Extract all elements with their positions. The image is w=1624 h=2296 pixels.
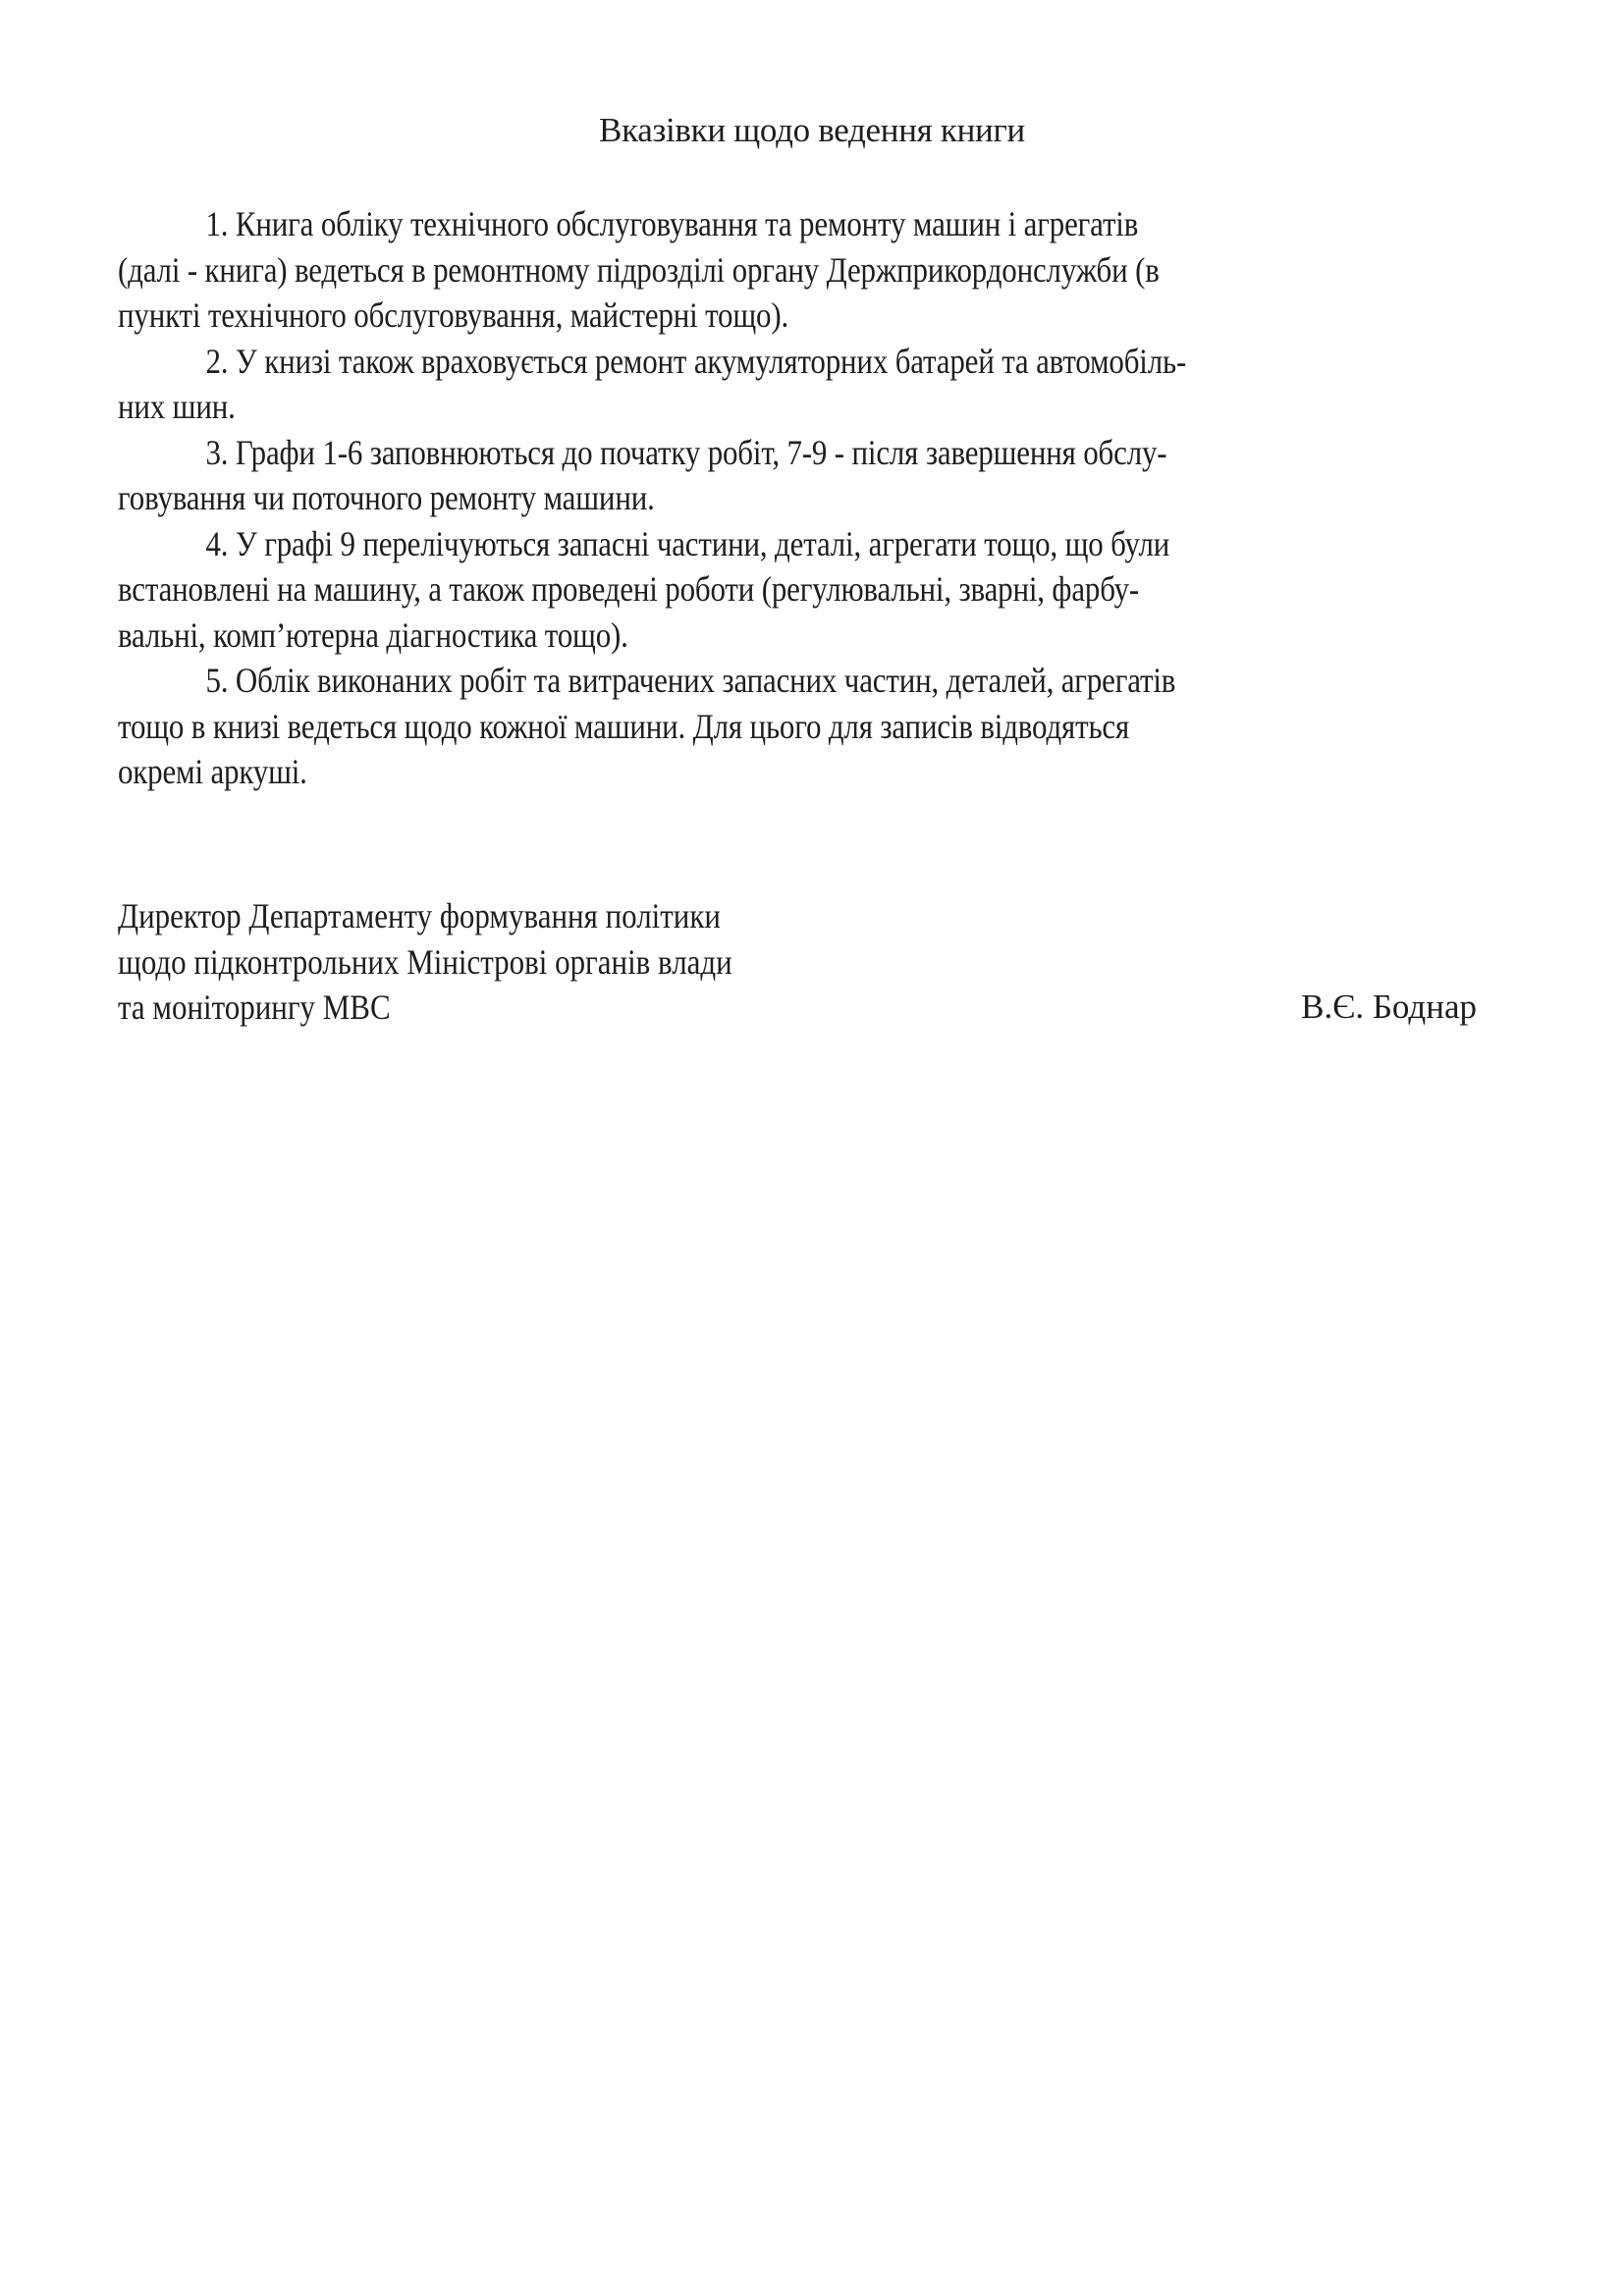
paragraph-line: встановлені на машину, а також проведені… — [118, 566, 1300, 613]
document-title: Вказівки щодо ведення книги — [0, 108, 1624, 153]
signatory-position-line: Директор Департаменту формування політик… — [118, 893, 1286, 939]
paragraph-line: 2. У книзі також враховується ремонт аку… — [118, 339, 1300, 385]
paragraph-line: вальні, комп’ютерна діагностика тощо). — [118, 613, 1300, 659]
paragraph-line: (далі - книга) ведеться в ремонтному під… — [118, 247, 1300, 294]
paragraph-3: 3. Графи 1-6 заповнюються до початку роб… — [118, 430, 1492, 521]
signatory-name: В.Є. Боднар — [1301, 985, 1477, 1031]
signature-block: Директор Департаменту формування політик… — [118, 893, 1477, 1031]
paragraph-line: говування чи поточного ремонту машини. — [118, 475, 1300, 521]
paragraph-line: окремі аркуші. — [118, 749, 1300, 795]
paragraph-line: пункті технічного обслуговування, майсте… — [118, 293, 1300, 339]
signatory-position-line: щодо підконтрольних Міністрові органів в… — [118, 939, 1286, 986]
instructions-body: 1. Книга обліку технічного обслуговуванн… — [118, 201, 1492, 795]
paragraph-line: 1. Книга обліку технічного обслуговуванн… — [118, 201, 1300, 247]
paragraph-line: 5. Облік виконаних робіт та витрачених з… — [118, 658, 1300, 704]
document-page: Вказівки щодо ведення книги 1. Книга обл… — [0, 0, 1624, 2296]
paragraph-line: 4. У графі 9 перелічуються запасні части… — [118, 521, 1300, 567]
paragraph-2: 2. У книзі також враховується ремонт аку… — [118, 339, 1492, 430]
paragraph-line: 3. Графи 1-6 заповнюються до початку роб… — [118, 430, 1300, 476]
paragraph-1: 1. Книга обліку технічного обслуговуванн… — [118, 201, 1492, 339]
signatory-position-line: та моніторингу МВС — [118, 985, 1286, 1031]
paragraph-line: них шин. — [118, 384, 1300, 430]
paragraph-5: 5. Облік виконаних робіт та витрачених з… — [118, 658, 1492, 795]
paragraph-4: 4. У графі 9 перелічуються запасні части… — [118, 521, 1492, 659]
paragraph-line: тощо в книзі ведеться щодо кожної машини… — [118, 704, 1300, 750]
